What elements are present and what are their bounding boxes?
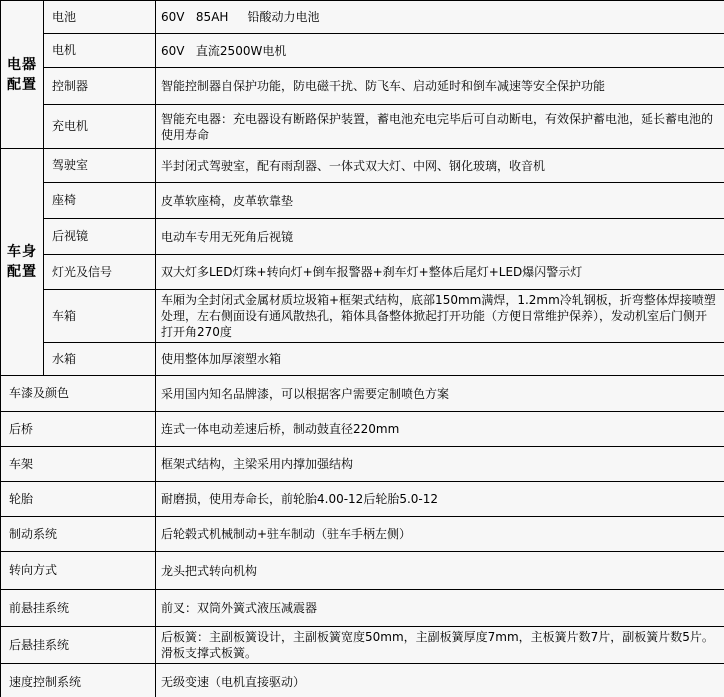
spec-row: 转向方式龙头把式转向机构 bbox=[1, 552, 724, 590]
spec-value: 皮革软座椅，皮革软靠垫 bbox=[156, 183, 724, 219]
spec-label: 驾驶室 bbox=[44, 149, 156, 183]
spec-label: 后悬挂系统 bbox=[1, 627, 156, 664]
spec-row: 后桥连式一体电动差速后桥，制动鼓直径220mm bbox=[1, 412, 724, 447]
spec-table-body: 电器配置电池60V 85AH 铅酸动力电池电机60V 直流2500W电机控制器智… bbox=[1, 1, 724, 697]
spec-group-cell: 电器配置 bbox=[1, 1, 44, 149]
spec-row: 座椅皮革软座椅，皮革软靠垫 bbox=[1, 183, 724, 219]
spec-table: 电器配置电池60V 85AH 铅酸动力电池电机60V 直流2500W电机控制器智… bbox=[0, 0, 724, 697]
spec-value: 无级变速（电机直接驱动） bbox=[156, 664, 724, 697]
spec-row: 轮胎耐磨损，使用寿命长，前轮胎4.00-12后轮胎5.0-12 bbox=[1, 482, 724, 517]
spec-row: 灯光及信号双大灯多LED灯珠+转向灯+倒车报警器+刹车灯+整体后尾灯+LED爆闪… bbox=[1, 255, 724, 290]
spec-row: 车箱车厢为全封闭式金属材质垃圾箱+框架式结构，底部150mm满焊，1.2mm冷轧… bbox=[1, 290, 724, 343]
spec-label: 后桥 bbox=[1, 412, 156, 447]
spec-row: 车架框架式结构，主梁采用内撑加强结构 bbox=[1, 447, 724, 482]
spec-value: 耐磨损，使用寿命长，前轮胎4.00-12后轮胎5.0-12 bbox=[156, 482, 724, 517]
spec-group-label: 车身配置 bbox=[7, 242, 39, 282]
spec-label: 控制器 bbox=[44, 68, 156, 105]
spec-label: 制动系统 bbox=[1, 517, 156, 552]
spec-label: 座椅 bbox=[44, 183, 156, 219]
spec-value: 车厢为全封闭式金属材质垃圾箱+框架式结构，底部150mm满焊，1.2mm冷轧钢板… bbox=[156, 290, 724, 343]
spec-value: 框架式结构，主梁采用内撑加强结构 bbox=[156, 447, 724, 482]
spec-value: 连式一体电动差速后桥，制动鼓直径220mm bbox=[156, 412, 724, 447]
spec-value: 60V 85AH 铅酸动力电池 bbox=[156, 1, 724, 34]
spec-value: 采用国内知名品牌漆，可以根据客户需要定制喷色方案 bbox=[156, 376, 724, 412]
spec-value: 电动车专用无死角后视镜 bbox=[156, 219, 724, 255]
spec-row: 速度控制系统无级变速（电机直接驱动） bbox=[1, 664, 724, 697]
spec-row: 后视镜电动车专用无死角后视镜 bbox=[1, 219, 724, 255]
spec-label: 前悬挂系统 bbox=[1, 590, 156, 627]
spec-label: 电机 bbox=[44, 34, 156, 68]
spec-label: 电池 bbox=[44, 1, 156, 34]
spec-group-label: 电器配置 bbox=[7, 55, 39, 95]
spec-value: 智能控制器自保护功能，防电磁干扰、防飞车、启动延时和倒车减速等安全保护功能 bbox=[156, 68, 724, 105]
spec-row: 控制器智能控制器自保护功能，防电磁干扰、防飞车、启动延时和倒车减速等安全保护功能 bbox=[1, 68, 724, 105]
spec-label: 后视镜 bbox=[44, 219, 156, 255]
spec-value: 半封闭式驾驶室，配有雨刮器、一体式双大灯、中网、钢化玻璃，收音机 bbox=[156, 149, 724, 183]
spec-value: 智能充电器：充电器设有断路保护装置，蓄电池充电完毕后可自动断电，有效保护蓄电池，… bbox=[156, 105, 724, 149]
spec-row: 电器配置电池60V 85AH 铅酸动力电池 bbox=[1, 1, 724, 34]
spec-value: 使用整体加厚滚塑水箱 bbox=[156, 343, 724, 376]
spec-value: 双大灯多LED灯珠+转向灯+倒车报警器+刹车灯+整体后尾灯+LED爆闪警示灯 bbox=[156, 255, 724, 290]
spec-row: 前悬挂系统前叉：双筒外簧式液压减震器 bbox=[1, 590, 724, 627]
spec-row: 水箱使用整体加厚滚塑水箱 bbox=[1, 343, 724, 376]
spec-label: 转向方式 bbox=[1, 552, 156, 590]
spec-row: 电机60V 直流2500W电机 bbox=[1, 34, 724, 68]
spec-value: 后板簧：主副板簧设计，主副板簧宽度50mm，主副板簧厚度7mm，主板簧片数7片，… bbox=[156, 627, 724, 664]
spec-row: 后悬挂系统后板簧：主副板簧设计，主副板簧宽度50mm，主副板簧厚度7mm，主板簧… bbox=[1, 627, 724, 664]
spec-row: 车漆及颜色采用国内知名品牌漆，可以根据客户需要定制喷色方案 bbox=[1, 376, 724, 412]
spec-value: 后轮毂式机械制动+驻车制动（驻车手柄左侧） bbox=[156, 517, 724, 552]
spec-label: 充电机 bbox=[44, 105, 156, 149]
spec-label: 车箱 bbox=[44, 290, 156, 343]
spec-value: 60V 直流2500W电机 bbox=[156, 34, 724, 68]
spec-row: 制动系统后轮毂式机械制动+驻车制动（驻车手柄左侧） bbox=[1, 517, 724, 552]
spec-label: 车架 bbox=[1, 447, 156, 482]
spec-group-cell: 车身配置 bbox=[1, 149, 44, 376]
spec-label: 水箱 bbox=[44, 343, 156, 376]
spec-label: 轮胎 bbox=[1, 482, 156, 517]
spec-label: 灯光及信号 bbox=[44, 255, 156, 290]
spec-label: 车漆及颜色 bbox=[1, 376, 156, 412]
spec-label: 速度控制系统 bbox=[1, 664, 156, 697]
spec-value: 前叉：双筒外簧式液压减震器 bbox=[156, 590, 724, 627]
spec-value: 龙头把式转向机构 bbox=[156, 552, 724, 590]
spec-row: 车身配置驾驶室半封闭式驾驶室，配有雨刮器、一体式双大灯、中网、钢化玻璃，收音机 bbox=[1, 149, 724, 183]
spec-row: 充电机智能充电器：充电器设有断路保护装置，蓄电池充电完毕后可自动断电，有效保护蓄… bbox=[1, 105, 724, 149]
